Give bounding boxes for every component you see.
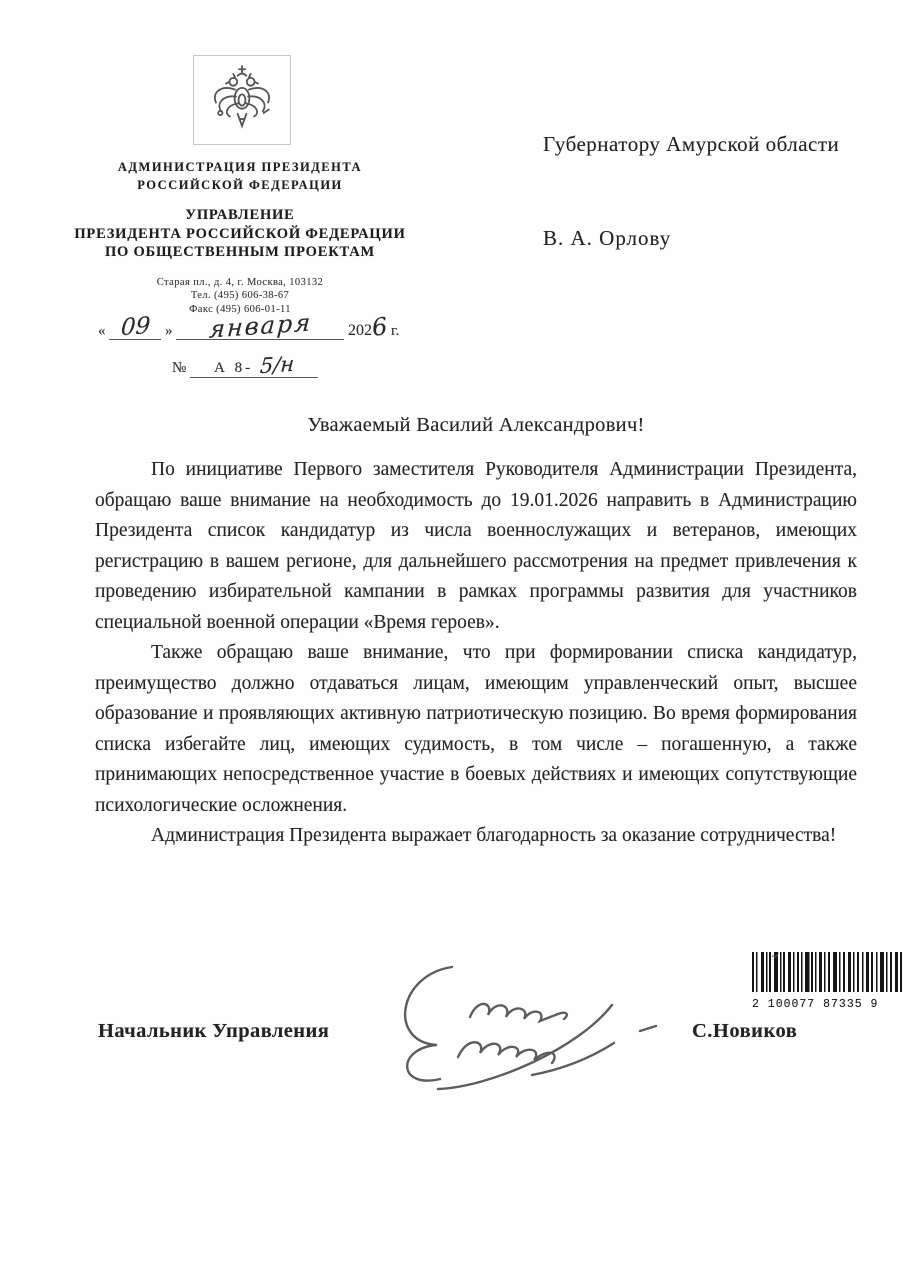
paragraph-3: Администрация Президента выражает благод… <box>95 821 857 852</box>
letterhead: АДМИНИСТРАЦИЯ ПРЕЗИДЕНТА РОССИЙСКОЙ ФЕДЕ… <box>55 158 425 316</box>
year-printed: 202 <box>348 322 372 339</box>
month-blank: января <box>176 316 344 340</box>
handwritten-month: января <box>208 312 312 340</box>
close-quote: » <box>165 323 173 339</box>
letter-page: ⁘ АДМИНИСТРАЦИЯ ПРЕЗИДЕНТА РОССИЙСКОЙ ФЕ… <box>0 0 911 1280</box>
recipient-name: В. А. Орлову <box>543 226 671 251</box>
handwritten-signature <box>340 955 680 1105</box>
number-label: № <box>172 360 186 376</box>
org-name-line1: АДМИНИСТРАЦИЯ ПРЕЗИДЕНТА <box>55 158 425 176</box>
handwritten-number: 5/н <box>259 356 294 375</box>
org-name-line2: РОССИЙСКОЙ ФЕДЕРАЦИИ <box>55 176 425 194</box>
open-quote: « <box>98 323 106 339</box>
year-suffix: г. <box>391 323 399 339</box>
emblem-frame <box>193 55 291 145</box>
number-blank: А 8- 5/н <box>190 357 318 378</box>
paragraph-1: По инициативе Первого заместителя Руково… <box>95 455 857 638</box>
dept-name-line2: ПРЕЗИДЕНТА РОССИЙСКОЙ ФЕДЕРАЦИИ <box>55 225 425 244</box>
salutation: Уважаемый Василий Александрович! <box>95 414 857 437</box>
handwritten-year-digit: 6 <box>371 317 388 336</box>
letter-body: По инициативе Первого заместителя Руково… <box>95 455 857 852</box>
double-headed-eagle-icon <box>203 61 281 139</box>
date-line: « 09 » января 2026 г. <box>98 316 399 340</box>
day-blank: 09 <box>109 317 161 340</box>
paragraph-2: Также обращаю ваше внимание, что при фор… <box>95 638 857 821</box>
barcode-digits: 2 100077 87335 9 <box>752 998 910 1011</box>
recipient-title: Губернатору Амурской области <box>543 132 839 157</box>
dept-name-line3: ПО ОБЩЕСТВЕННЫМ ПРОЕКТАМ <box>55 243 425 262</box>
org-phone: Тел. (495) 606-38-67 <box>55 289 425 303</box>
number-typed: А 8- <box>214 360 253 376</box>
org-address: Старая пл., д. 4, г. Москва, 103132 <box>55 276 425 290</box>
signer-name: С.Новиков <box>692 1020 797 1043</box>
document-number-line: № А 8- 5/н <box>172 357 318 378</box>
dept-name-line1: УПРАВЛЕНИЕ <box>55 206 425 225</box>
signer-position: Начальник Управления <box>98 1020 329 1043</box>
barcode-block: ~̷ 2 100077 87335 9 <box>752 942 910 1011</box>
handwritten-day: 09 <box>120 316 151 338</box>
